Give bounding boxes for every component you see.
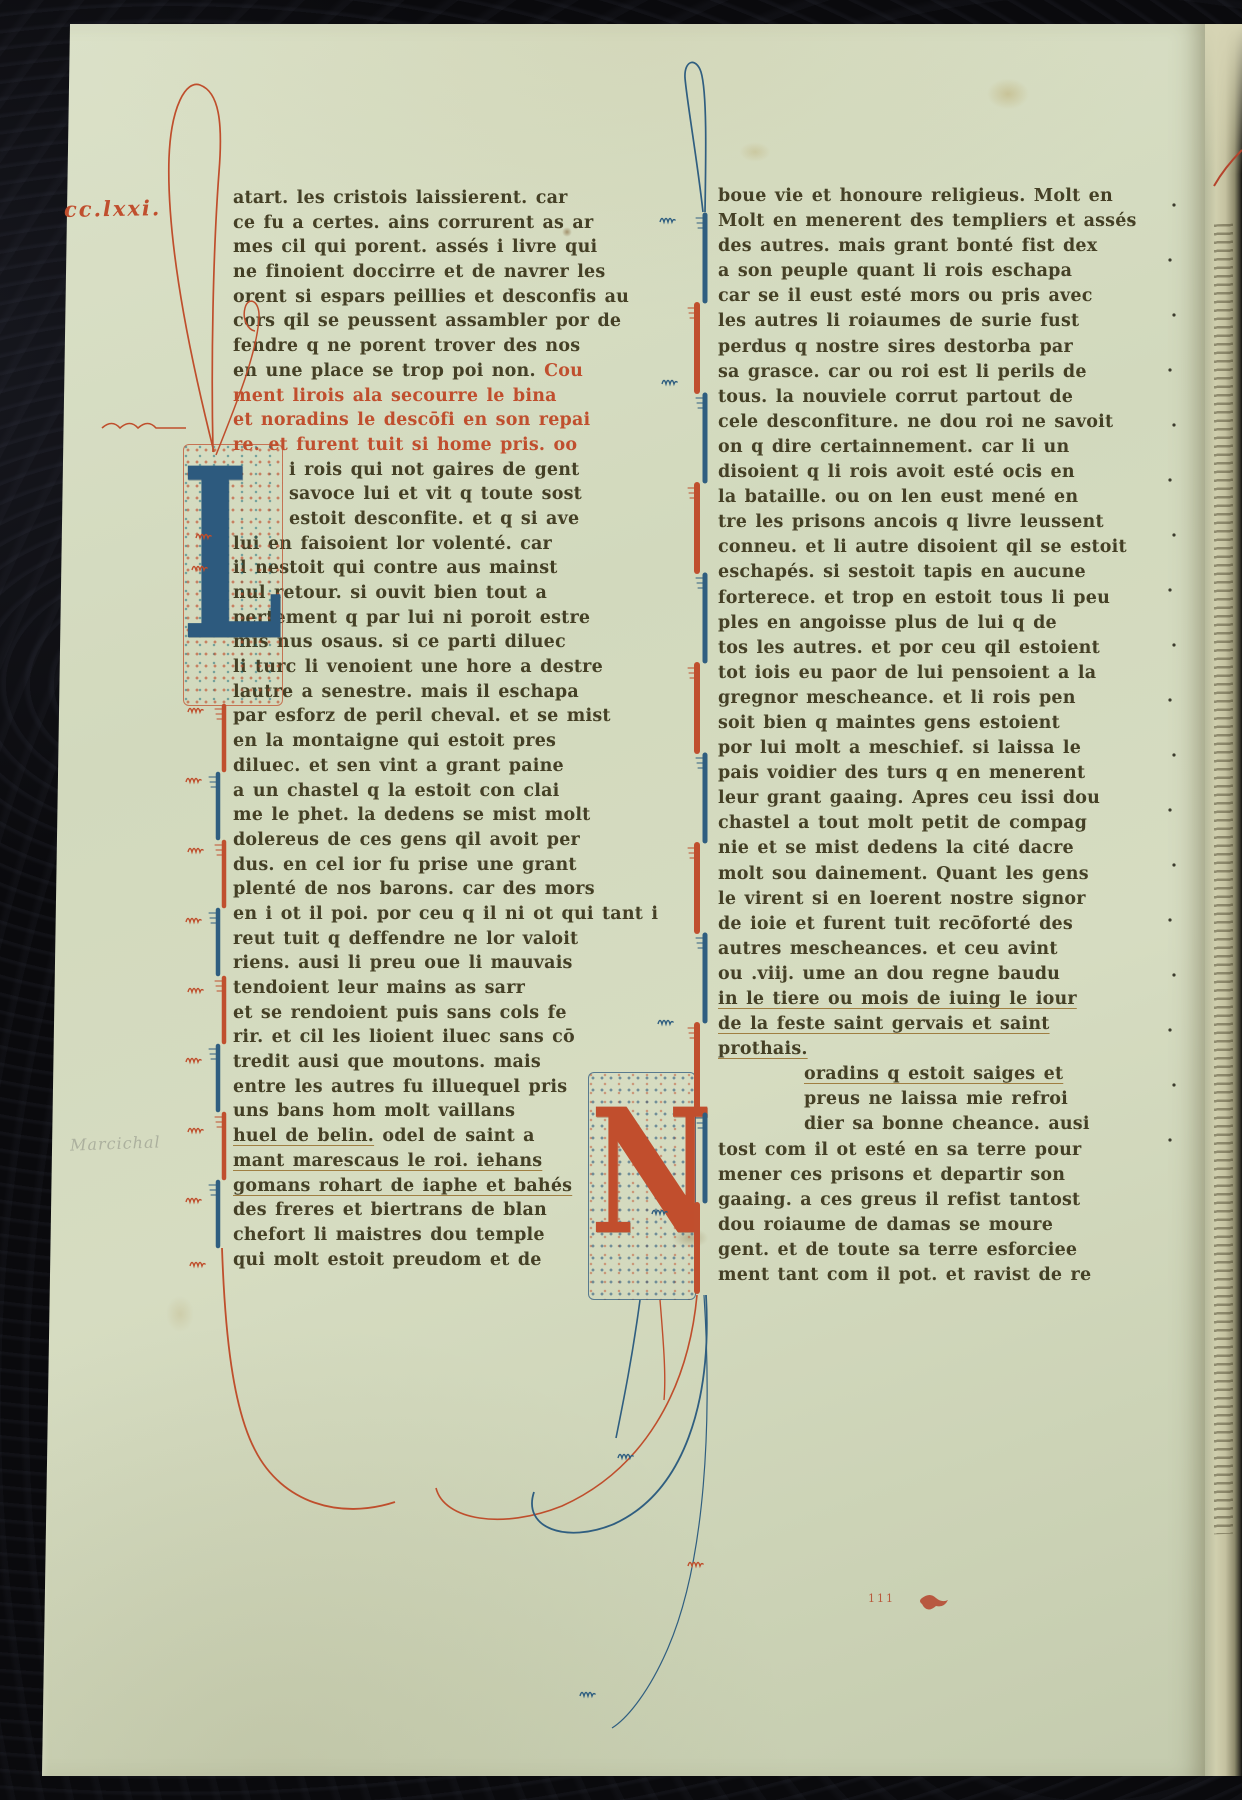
text-line: diluec. et sen vint a grant paine xyxy=(233,754,663,779)
text-line: car se il eust esté mors ou pris avec xyxy=(718,284,1138,309)
text-line: mener ces prisons et departir son xyxy=(718,1163,1138,1188)
text-line: orent si espars peillies et desconfis au xyxy=(233,285,663,310)
decorated-initial-N: N xyxy=(588,1072,696,1300)
text-line: autres mescheances. et ceu avint xyxy=(718,937,1138,962)
text-line: ples en angoisse plus de lui q de xyxy=(718,611,1138,636)
text-line: riens. ausi li preu oue li mauvais xyxy=(233,951,663,976)
text-line: mes cil qui porent. assés i livre qui xyxy=(233,235,663,260)
book-fore-edge xyxy=(1205,24,1242,1776)
faint-pencil-inscription: Marcichal xyxy=(70,1132,161,1154)
text-line: nie et se mist dedens la cité dacre xyxy=(718,836,1138,861)
text-line: tre les prisons ancois q livre leussent xyxy=(718,510,1138,535)
text-line: molt sou dainement. Quant les gens xyxy=(718,862,1138,887)
initial-letter: L xyxy=(181,426,283,685)
text-line: estoit desconfite. et q si ave xyxy=(233,507,663,532)
text-line: et noradins le descōfi en son repai xyxy=(233,408,663,433)
manuscript-photo: { "manuscript": { "folio_mark": "cc.lxxi… xyxy=(0,0,1242,1800)
text-line: dier sa bonne cheance. ausi xyxy=(718,1112,1138,1137)
text-line: prothais. xyxy=(718,1037,1138,1062)
text-line: leur grant gaaing. Apres ceu issi dou xyxy=(718,786,1138,811)
text-line: en i ot il poi. por ceu q il ni ot qui t… xyxy=(233,902,663,927)
text-line: rir. et cil les lioient iluec sans cō xyxy=(233,1025,663,1050)
text-line: en la montaigne qui estoit pres xyxy=(233,729,663,754)
text-line: cele desconfiture. ne dou roi ne savoit xyxy=(718,410,1138,435)
text-line: pertement q par lui ni poroit estre xyxy=(233,606,663,631)
text-line: ment lirois ala secourre le bina xyxy=(233,384,663,409)
text-line: dou roiaume de damas se moure xyxy=(718,1213,1138,1238)
text-line: perdus q nostre sires destorba par xyxy=(718,335,1138,360)
text-line: ou .viij. ume an dou regne baudu xyxy=(718,962,1138,987)
text-line: le virent si en loerent nostre signor xyxy=(718,887,1138,912)
red-marginal-numeral: 111 xyxy=(868,1592,895,1605)
text-line: dolereus de ces gens qil avoit per xyxy=(233,828,663,853)
chapter-number-marginal: cc.lxxi. xyxy=(64,195,162,222)
fore-edge-highlight xyxy=(1205,24,1242,174)
text-line: on q dire certainnement. car li un xyxy=(718,435,1138,460)
text-line: re. et furent tuit si home pris. oo xyxy=(233,433,663,458)
decorated-initial-L: L xyxy=(183,444,283,706)
text-line: nul retour. si ouvit bien tout a xyxy=(233,581,663,606)
text-line: plenté de nos barons. car des mors xyxy=(233,877,663,902)
text-line: me le phet. la dedens se mist molt xyxy=(233,803,663,828)
next-folio-text-bleed xyxy=(1214,224,1233,1535)
text-line: tendoient leur mains as sarr xyxy=(233,976,663,1001)
text-line: ce fu a certes. ains corrurent as ar xyxy=(233,211,663,236)
text-line: preus ne laissa mie refroi xyxy=(718,1087,1138,1112)
initial-letter: N xyxy=(590,1086,713,1258)
text-line: savoce lui et vit q toute sost xyxy=(233,482,663,507)
text-line: disoient q li rois avoit esté ocis en xyxy=(718,460,1138,485)
text-line: fendre q ne porent trover des nos xyxy=(233,334,663,359)
text-line: il nestoit qui contre aus mainst xyxy=(233,556,663,581)
text-line: soit bien q maintes gens estoient xyxy=(718,711,1138,736)
text-line: gregnor mescheance. et li rois pen xyxy=(718,686,1138,711)
right-text-column: boue vie et honoure religieus. Molt enMo… xyxy=(718,184,1138,1288)
text-line: i rois qui not gaires de gent xyxy=(233,458,663,483)
text-line: mis nus osaus. si ce parti diluec xyxy=(233,630,663,655)
text-line: Molt en menerent des templiers et assés xyxy=(718,209,1138,234)
text-line: tost com il ot esté en sa terre pour xyxy=(718,1138,1138,1163)
text-line: lautre a senestre. mais il eschapa xyxy=(233,680,663,705)
text-line: sa grasce. car ou roi est li perils de xyxy=(718,360,1138,385)
text-line: a son peuple quant li rois eschapa xyxy=(718,259,1138,284)
text-line: a un chastel q la estoit con clai xyxy=(233,779,663,804)
text-line: oradins q estoit saiges et xyxy=(718,1062,1138,1087)
text-line: dus. en cel ior fu prise une grant xyxy=(233,853,663,878)
text-line: de ioie et furent tuit recōforté des xyxy=(718,912,1138,937)
text-line: la bataille. ou on len eust mené en xyxy=(718,485,1138,510)
text-line: en une place se trop poi non. Cou xyxy=(233,359,663,384)
text-line: ment tant com il pot. et ravist de re xyxy=(718,1263,1138,1288)
text-line: tous. la nouviele corrut partout de xyxy=(718,385,1138,410)
text-line: tot iois eu paor de lui pensoient a la xyxy=(718,661,1138,686)
text-line: gent. et de toute sa terre esforciee xyxy=(718,1238,1138,1263)
text-line: cors qil se peussent assambler por de xyxy=(233,309,663,334)
text-line: et se rendoient puis sans cols fe xyxy=(233,1001,663,1026)
text-line: eschapés. si sestoit tapis en aucune xyxy=(718,560,1138,585)
text-line: reut tuit q deffendre ne lor valoit xyxy=(233,927,663,952)
text-line: gaaing. a ces greus il refist tantost xyxy=(718,1188,1138,1213)
text-line: boue vie et honoure religieus. Molt en xyxy=(718,184,1138,209)
text-line: lui en faisoient lor volenté. car xyxy=(233,532,663,557)
text-line: pais voidier des turs q en menerent xyxy=(718,761,1138,786)
text-line: por lui molt a meschief. si laissa le xyxy=(718,736,1138,761)
text-line: de la feste saint gervais et saint xyxy=(718,1012,1138,1037)
text-line: forterece. et trop en estoit tous li peu xyxy=(718,586,1138,611)
text-line: chastel a tout molt petit de compag xyxy=(718,811,1138,836)
text-line: in le tiere ou mois de iuing le iour xyxy=(718,987,1138,1012)
text-line: les autres li roiaumes de surie fust xyxy=(718,309,1138,334)
text-line: des autres. mais grant bonté fist dex xyxy=(718,234,1138,259)
text-line: atart. les cristois laissierent. car xyxy=(233,186,663,211)
text-line: conneu. et li autre disoient qil se esto… xyxy=(718,535,1138,560)
text-line: tos les autres. et por ceu qil estoient xyxy=(718,636,1138,661)
text-line: ne finoient doccirre et de navrer les xyxy=(233,260,663,285)
text-line: li turc li venoient une hore a destre xyxy=(233,655,663,680)
text-line: par esforz de peril cheval. et se mist xyxy=(233,704,663,729)
